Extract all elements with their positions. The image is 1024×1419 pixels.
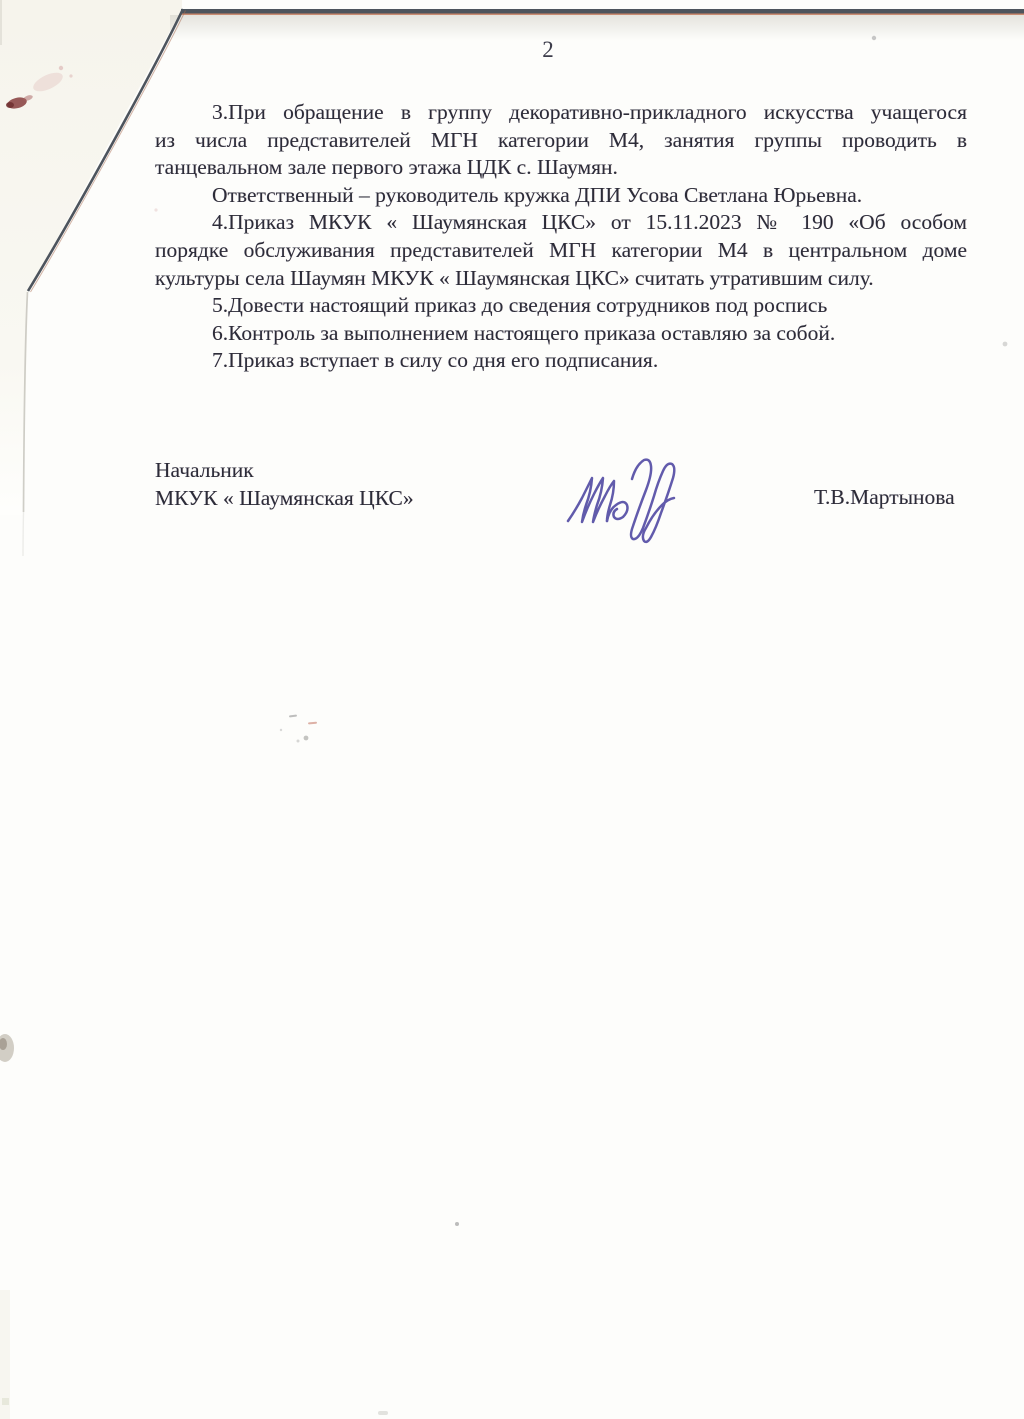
scan-top-edge: [170, 9, 1024, 41]
text-line: Ответственный – руководитель кружка ДПИ …: [155, 182, 967, 210]
text-line: 7.Приказ вступает в силу со дня его подп…: [155, 347, 967, 375]
signer-name: Т.В.Мартынова: [814, 484, 955, 510]
ink-stain: [6, 66, 158, 212]
text-line: из числа представителей МГН категории М4…: [155, 127, 967, 155]
order-body: 3.При обращение в группу декоративно-при…: [155, 99, 967, 375]
text-line: 5.Довести настоящий приказ до сведения с…: [155, 292, 967, 320]
text-line: порядке обслуживания представителей МГН …: [155, 237, 967, 265]
signoff-title-block: Начальник МКУК « Шаумянская ЦКС»: [155, 456, 414, 513]
page-number: 2: [528, 37, 568, 63]
text-line: культуры села Шаумян МКУК « Шаумянская Ц…: [155, 265, 967, 293]
text-line: 6.Контроль за выполнением настоящего при…: [155, 320, 967, 348]
text-line: 3.При обращение в группу декоративно-при…: [155, 99, 967, 127]
handwritten-signature: [556, 441, 690, 553]
scan-smudge-left: [0, 1034, 14, 1419]
scanned-document-page: 2 3.При обращение в группу декоративно-п…: [0, 0, 1024, 1419]
text-line: 4.Приказ МКУК « Шаумянская ЦКС» от 15.11…: [155, 209, 967, 237]
signoff-org: МКУК « Шаумянская ЦКС»: [155, 484, 414, 512]
signoff-title: Начальник: [155, 456, 414, 484]
text-line: танцевальном зале первого этажа ЦДК с. Ш…: [155, 154, 967, 182]
